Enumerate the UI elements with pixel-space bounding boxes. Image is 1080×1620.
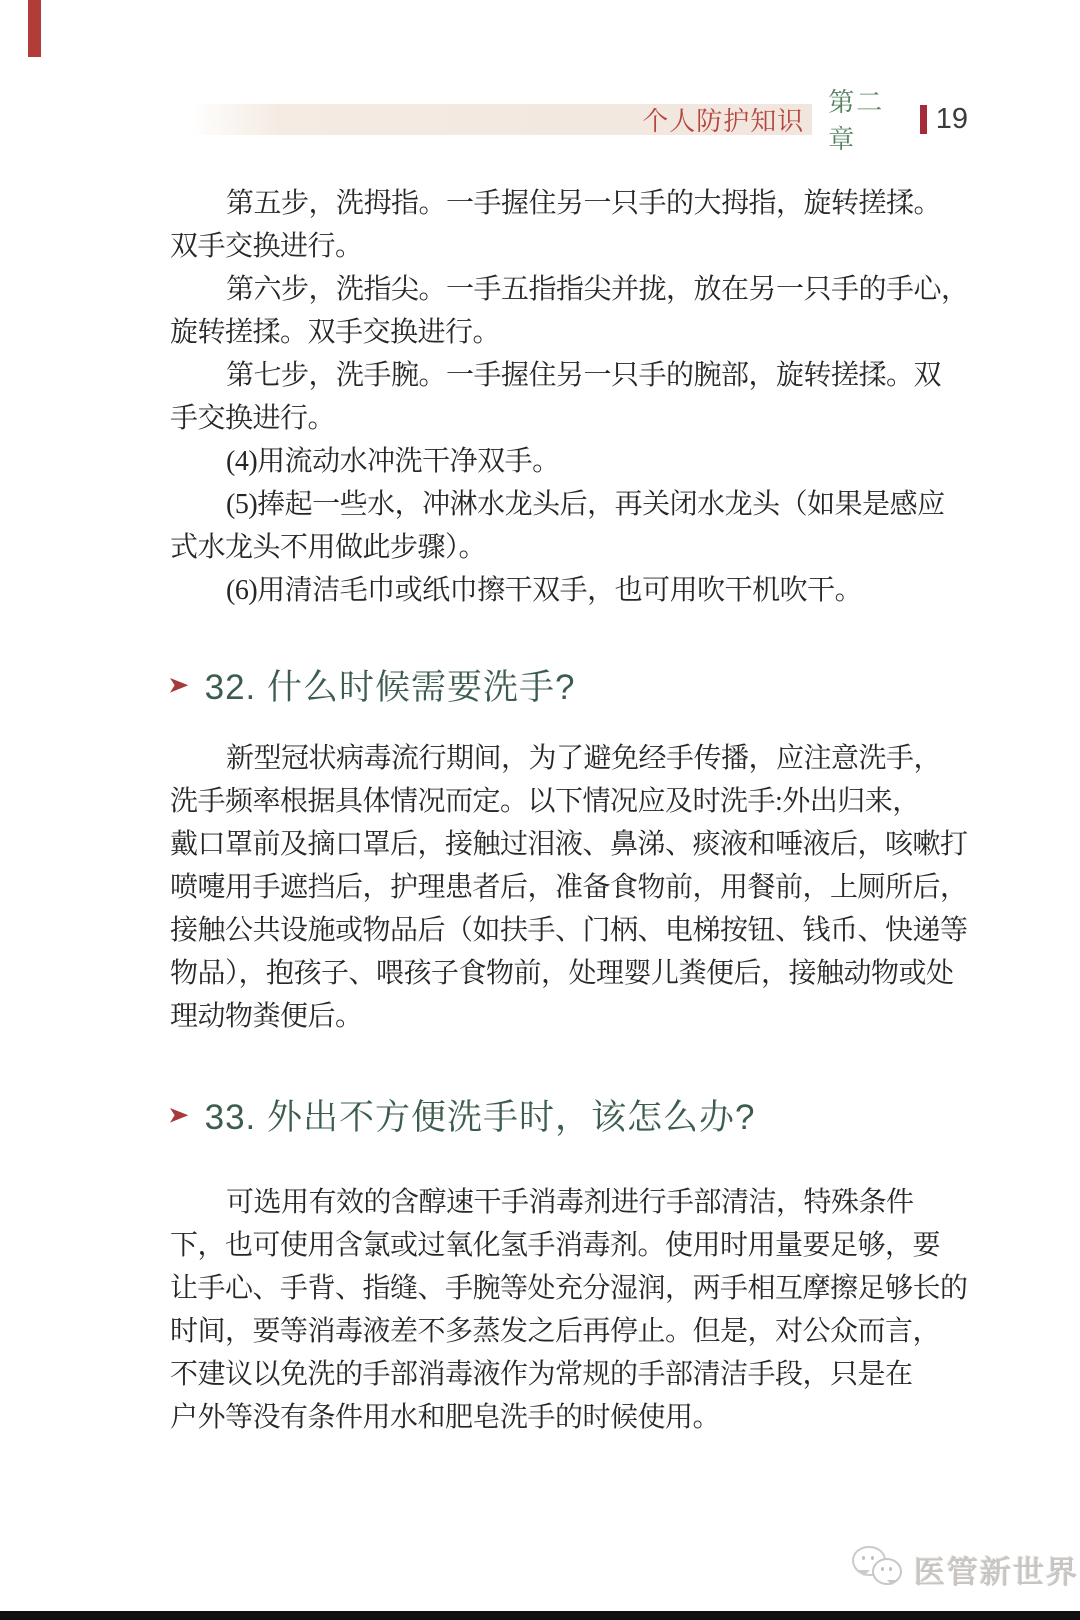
- text-line: 第五步，洗拇指。一手握住另一只手的大拇指，旋转搓揉。: [170, 182, 969, 225]
- chat-bubble-small: [872, 1558, 902, 1585]
- paragraph-block-q32: 新型冠状病毒流行期间，为了避免经手传播，应注意洗手， 洗手频率根据具体情况而定。…: [170, 737, 968, 1038]
- text-line: 双手交换进行。: [170, 225, 969, 268]
- text-line: (6)用清洁毛巾或纸巾擦干双手，也可用吹干机吹干。: [170, 569, 969, 612]
- text-line: 接触公共设施或物品后（如扶手、门柄、电梯按钮、钱币、快递等: [170, 909, 968, 952]
- section-heading-text: 32. 什么时候需要洗手?: [205, 660, 576, 710]
- text-line: 不建议以免洗的手部消毒液作为常规的手部清洁手段，只是在: [170, 1353, 968, 1396]
- chat-bubbles-logo-icon: [852, 1544, 906, 1594]
- section-heading-33: ➤ 33. 外出不方便洗手时，该怎么办?: [167, 1091, 755, 1139]
- text-line: (5)捧起一些水，冲淋水龙头后，再关闭水龙头（如果是感应: [170, 483, 969, 526]
- page-header: 个人防护知识 第二章 19: [190, 103, 968, 135]
- text-line: 旋转搓揉。双手交换进行。: [170, 311, 969, 354]
- page-number: 19: [936, 103, 968, 136]
- text-line: 式水龙头不用做此步骤）。: [170, 526, 969, 569]
- header-chapter-label: 第二章: [828, 82, 910, 156]
- watermark-label: 医管新世界: [914, 1547, 1079, 1592]
- section-heading-32: ➤ 32. 什么时候需要洗手?: [167, 661, 575, 709]
- text-line: 新型冠状病毒流行期间，为了避免经手传播，应注意洗手，: [170, 737, 968, 780]
- bottom-black-bar: [0, 1611, 1080, 1620]
- text-line: 时间，要等消毒液差不多蒸发之后再停止。但是，对公众而言，: [170, 1310, 968, 1353]
- text-line: 让手心、手背、指缝、手腕等处充分湿润，两手相互摩擦足够长的: [170, 1267, 968, 1310]
- page-edge-red-stripe: [28, 0, 41, 57]
- text-line: 第七步，洗手腕。一手握住另一只手的腕部，旋转搓揉。双: [170, 354, 969, 397]
- text-line: 下，也可使用含氯或过氧化氢手消毒剂。使用时用量要足够，要: [170, 1224, 968, 1267]
- page-number-bar: [920, 105, 927, 134]
- watermark: 医管新世界: [852, 1544, 1079, 1594]
- text-line: 洗手频率根据具体情况而定。以下情况应及时洗手:外出归来，: [170, 780, 968, 823]
- arrow-bullet-icon: ➤: [167, 674, 190, 697]
- text-line: 戴口罩前及摘口罩后，接触过泪液、鼻涕、痰液和唾液后，咳嗽打: [170, 823, 968, 866]
- text-line: 第六步，洗指尖。一手五指指尖并拢，放在另一只手的手心，: [170, 268, 969, 311]
- paragraph-block-steps: 第五步，洗拇指。一手握住另一只手的大拇指，旋转搓揉。 双手交换进行。 第六步，洗…: [170, 182, 969, 612]
- text-line: 户外等没有条件用水和肥皂洗手的时候使用。: [170, 1396, 968, 1439]
- arrow-bullet-icon: ➤: [167, 1104, 190, 1127]
- header-band: 个人防护知识: [190, 104, 812, 135]
- text-line: 可选用有效的含醇速干手消毒剂进行手部清洁，特殊条件: [170, 1181, 968, 1224]
- text-line: 手交换进行。: [170, 397, 969, 440]
- text-line: 理动物粪便后。: [170, 995, 968, 1038]
- text-line: (4)用流动水冲洗干净双手。: [170, 440, 969, 483]
- section-heading-text: 33. 外出不方便洗手时，该怎么办?: [205, 1090, 756, 1140]
- text-line: 喷嚏用手遮挡后，护理患者后，准备食物前，用餐前，上厕所后，: [170, 866, 968, 909]
- paragraph-block-q33: 可选用有效的含醇速干手消毒剂进行手部清洁，特殊条件 下，也可使用含氯或过氧化氢手…: [170, 1181, 968, 1439]
- header-section-title: 个人防护知识: [642, 101, 804, 138]
- text-line: 物品），抱孩子、喂孩子食物前，处理婴儿粪便后，接触动物或处: [170, 952, 968, 995]
